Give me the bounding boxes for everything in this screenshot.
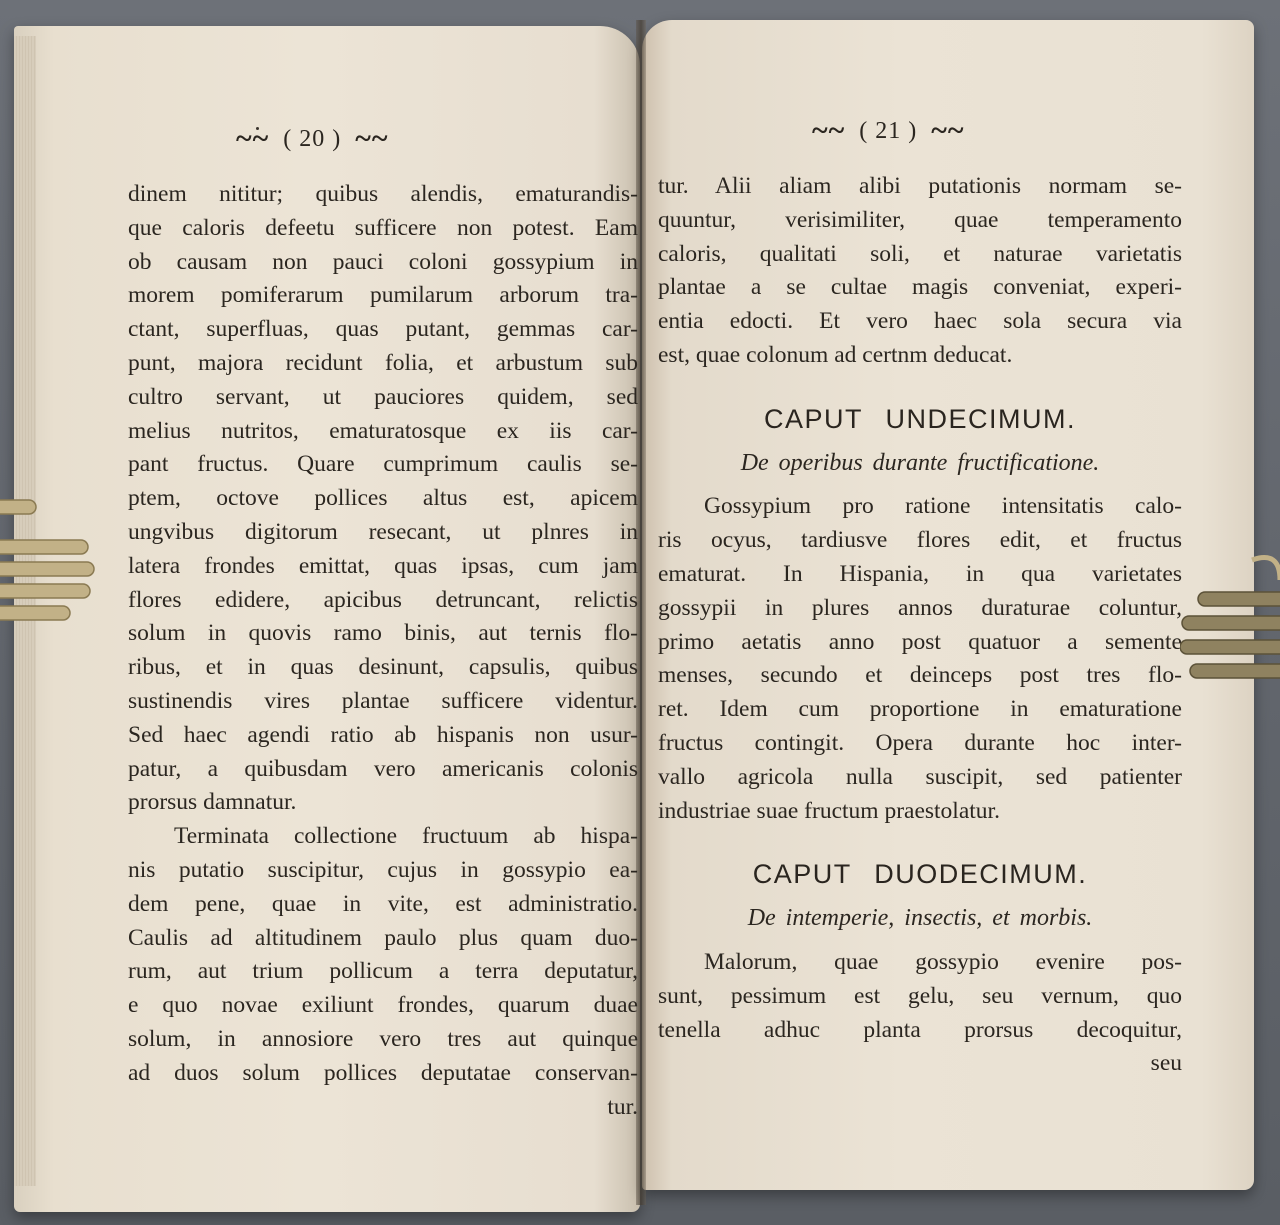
text-line: nis putatio suscipitur, cujus in gossypi… (128, 854, 638, 888)
text-line: melius nutritos, ematuratosque ex iis ca… (128, 415, 638, 449)
text-line: ctant, superfluas, quas putant, gemmas c… (128, 313, 638, 347)
text-line: Terminata collectione fructuum ab hispa- (128, 820, 638, 854)
text-line: industriae suae fructum praestolatur. (658, 795, 1182, 829)
ornament-icon: ~ (253, 122, 270, 155)
text-line: tenella adhuc planta prorsus decoquitur, (658, 1014, 1182, 1048)
text-line: ematurat. In Hispania, in qua varietates (658, 558, 1182, 592)
running-head-right: ~~ ( 21 ) ~~ (812, 114, 1042, 148)
text-line: solum, in annosiore vero tres aut quinqu… (128, 1023, 638, 1057)
ornament-icon: ~ (355, 122, 372, 155)
text-line: ob causam non pauci coloni gossypium in (128, 246, 638, 280)
text-line: cultro servant, ut pauciores quidem, sed (128, 381, 638, 415)
text-line: sunt, pessimum est gelu, seu vernum, quo (658, 980, 1182, 1014)
text-line: patur, a quibusdam vero americanis colon… (128, 753, 638, 787)
brass-hand-clip-icon (1180, 540, 1280, 700)
text-line: ad duos solum pollices deputatae conserv… (128, 1057, 638, 1091)
text-line: ribus, et in quas desinunt, capsulis, qu… (128, 651, 638, 685)
text-line: tur. Alii aliam alibi putationis normam … (658, 170, 1182, 204)
text-line: e quo novae exiliunt frondes, quarum dua… (128, 989, 638, 1023)
running-head-left: ~~ ( 20 ) ~~ (236, 122, 536, 156)
ornament-icon: ~ (931, 114, 948, 147)
text-line: ptem, octove pollices altus est, apicem (128, 482, 638, 516)
text-line: punt, majora recidunt folia, et arbustum… (128, 347, 638, 381)
chapter-subtitle: De operibus durante fructificatione. (658, 447, 1182, 481)
ornament-icon: ~ (812, 114, 829, 147)
text-line: primo aetatis anno post quatuor a sement… (658, 626, 1182, 660)
text-line: flores edidere, apicibus detruncant, rel… (128, 584, 638, 618)
text-line: rum, aut trium pollicum a terra deputatu… (128, 955, 638, 989)
text-line: morem pomiferarum pumilarum arborum tra- (128, 279, 638, 313)
text-line: ris ocyus, tardiusve flores edit, et fru… (658, 524, 1182, 558)
text-line: sustinendis vires plantae sufficere vide… (128, 685, 638, 719)
ornament-icon: ~ (236, 122, 253, 155)
catchword: seu (658, 1047, 1182, 1081)
brass-hand-clip-icon (0, 480, 100, 640)
text-line: vallo agricola nulla suscipit, sed patie… (658, 761, 1182, 795)
text-line: gossypii in plures annos duraturae colun… (658, 592, 1182, 626)
catchword: tur. (128, 1091, 638, 1125)
text-line: prorsus damnatur. (128, 786, 638, 820)
text-line: quuntur, verisimiliter, quae temperament… (658, 204, 1182, 238)
text-line: pant fructus. Quare cumprimum caulis se- (128, 448, 638, 482)
text-line: Malorum, quae gossypio evenire pos- (658, 946, 1182, 980)
ornament-icon: ~ (829, 114, 846, 147)
ornament-icon: ~ (372, 122, 389, 155)
text-line: Caulis ad altitudinem paulo plus quam du… (128, 922, 638, 956)
text-line: dem pene, quae in vite, est administrati… (128, 888, 638, 922)
text-line: entia edocti. Et vero haec sola secura v… (658, 305, 1182, 339)
text-line: fructus contingit. Opera durante hoc int… (658, 727, 1182, 761)
page-number-left: ( 20 ) (283, 126, 341, 152)
text-line: Sed haec agendi ratio ab hispanis non us… (128, 719, 638, 753)
text-line: ret. Idem cum proportione in ematuration… (658, 693, 1182, 727)
text-line: est, quae colonum ad certnm deducat. (658, 339, 1182, 373)
text-line: plantae a se cultae magis conveniat, exp… (658, 271, 1182, 305)
chapter-heading: CAPUT DUODECIMUM. (658, 858, 1182, 892)
text-line: que caloris defeetu sufficere non potest… (128, 212, 638, 246)
text-line: menses, secundo et deinceps post tres fl… (658, 659, 1182, 693)
text-line: dinem nititur; quibus alendis, ematurand… (128, 178, 638, 212)
left-page-body: dinem nititur; quibus alendis, ematurand… (128, 178, 638, 1124)
text-line: latera frondes emittat, quas ipsas, cum … (128, 550, 638, 584)
right-page-body: tur. Alii aliam alibi putationis normam … (658, 170, 1182, 1081)
ornament-icon: ~ (948, 114, 965, 147)
text-line: ungvibus digitorum resecant, ut plnres i… (128, 516, 638, 550)
text-line: caloris, qualitati soli, et naturae vari… (658, 238, 1182, 272)
page-number-right: ( 21 ) (859, 118, 917, 144)
text-line: solum in quovis ramo binis, aut ternis f… (128, 617, 638, 651)
chapter-subtitle: De intemperie, insectis, et morbis. (658, 902, 1182, 936)
chapter-heading: CAPUT UNDECIMUM. (658, 403, 1182, 437)
text-line: Gossypium pro ratione intensitatis calo- (658, 490, 1182, 524)
